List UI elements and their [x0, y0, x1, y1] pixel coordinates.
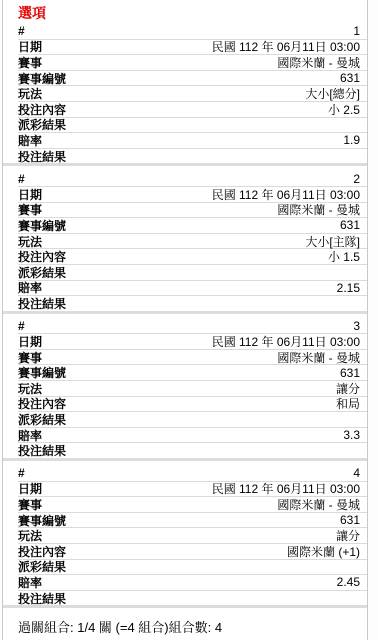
- row-label-play-type: 玩法: [18, 380, 42, 397]
- selection-event-id: 631: [340, 218, 360, 232]
- selection-event: 國際米蘭 - 曼城: [277, 496, 360, 513]
- row-label-event: 賽事: [18, 54, 42, 71]
- table-row: 投注結果: [18, 296, 367, 311]
- selection-number: 1: [353, 24, 360, 38]
- selection-event-id: 631: [340, 366, 360, 380]
- table-row: 賽事編號631: [18, 365, 367, 381]
- row-label-play-type: 玩法: [18, 233, 42, 250]
- table-row: 玩法大小[總分]: [18, 86, 367, 102]
- selection-event: 國際米蘭 - 曼城: [277, 201, 360, 218]
- row-label-play-type: 玩法: [18, 527, 42, 544]
- table-row: #3: [18, 319, 367, 335]
- selection-play-type: 大小[主隊]: [305, 233, 360, 250]
- row-label-event: 賽事: [18, 496, 42, 513]
- table-row: 賠率3.3: [18, 428, 367, 444]
- parlay-summary: 過關組合: 1/4 關 (=4 組合)組合數: 4: [3, 613, 367, 636]
- selection-play-type: 讓分: [336, 527, 360, 544]
- row-label-event-id: 賽事編號: [18, 217, 66, 234]
- table-row: 投注內容和局: [18, 397, 367, 413]
- selection-play-type: 讓分: [336, 380, 360, 397]
- selection-odds: 2.45: [337, 575, 360, 589]
- table-row: #4: [18, 466, 367, 482]
- row-label-event: 賽事: [18, 201, 42, 218]
- row-label-play-type: 玩法: [18, 85, 42, 102]
- selection-bet-content: 和局: [336, 395, 360, 412]
- table-row: 投注內容國際米蘭 (+1): [18, 544, 367, 560]
- table-row: 賽事國際米蘭 - 曼城: [18, 350, 367, 366]
- row-label-number: #: [18, 172, 25, 186]
- selection-bet-content: 國際米蘭 (+1): [287, 543, 360, 560]
- row-label-event: 賽事: [18, 349, 42, 366]
- table-row: 日期民國 112 年 06月11日 03:00: [18, 334, 367, 350]
- selection-odds: 2.15: [337, 281, 360, 295]
- table-row: 賽事編號631: [18, 71, 367, 87]
- row-label-date: 日期: [18, 333, 42, 350]
- selection-play-type: 大小[總分]: [305, 85, 360, 102]
- selection-bet-content: 小 2.5: [328, 101, 360, 118]
- table-row: 賽事國際米蘭 - 曼城: [18, 497, 367, 513]
- row-label-date: 日期: [18, 38, 42, 55]
- row-label-payout-result: 派彩結果: [18, 116, 66, 133]
- row-label-number: #: [18, 24, 25, 38]
- table-row: 投注結果: [18, 591, 367, 606]
- selection-event: 國際米蘭 - 曼城: [277, 54, 360, 71]
- row-label-payout-result: 派彩結果: [18, 411, 66, 428]
- selection-section-1: #1 日期民國 112 年 06月11日 03:00 賽事國際米蘭 - 曼城 賽…: [3, 24, 367, 166]
- row-label-bet-result: 投注結果: [18, 148, 66, 165]
- table-row: 賽事編號631: [18, 218, 367, 234]
- table-row: 投注結果: [18, 149, 367, 164]
- selection-date: 民國 112 年 06月11日 03:00: [212, 333, 360, 350]
- table-row: #2: [18, 171, 367, 187]
- row-label-bet-content: 投注內容: [18, 101, 66, 118]
- table-row: 賠率1.9: [18, 133, 367, 149]
- row-label-odds: 賠率: [18, 279, 42, 296]
- row-label-bet-content: 投注內容: [18, 395, 66, 412]
- table-row: 玩法讓分: [18, 381, 367, 397]
- page-title: 選項: [3, 0, 367, 24]
- table-row: 日期民國 112 年 06月11日 03:00: [18, 482, 367, 498]
- row-label-date: 日期: [18, 186, 42, 203]
- selection-number: 2: [353, 172, 360, 186]
- row-label-odds: 賠率: [18, 427, 42, 444]
- selection-number: 4: [353, 466, 360, 480]
- selection-bet-content: 小 1.5: [328, 248, 360, 265]
- row-label-bet-result: 投注結果: [18, 590, 66, 607]
- table-row: 賠率2.15: [18, 281, 367, 297]
- row-label-payout-result: 派彩結果: [18, 558, 66, 575]
- selection-section-3: #3 日期民國 112 年 06月11日 03:00 賽事國際米蘭 - 曼城 賽…: [3, 319, 367, 461]
- row-label-bet-result: 投注結果: [18, 442, 66, 459]
- row-label-number: #: [18, 466, 25, 480]
- table-row: 派彩結果: [18, 560, 367, 576]
- table-row: 日期民國 112 年 06月11日 03:00: [18, 187, 367, 203]
- table-row: 玩法讓分: [18, 528, 367, 544]
- selection-section-4: #4 日期民國 112 年 06月11日 03:00 賽事國際米蘭 - 曼城 賽…: [3, 466, 367, 608]
- selection-event-id: 631: [340, 71, 360, 85]
- row-label-bet-content: 投注內容: [18, 248, 66, 265]
- table-row: 賽事編號631: [18, 513, 367, 529]
- table-row: 派彩結果: [18, 265, 367, 281]
- row-label-odds: 賠率: [18, 574, 42, 591]
- table-row: #1: [18, 24, 367, 40]
- table-row: 派彩結果: [18, 412, 367, 428]
- table-row: 玩法大小[主隊]: [18, 234, 367, 250]
- row-label-odds: 賠率: [18, 132, 42, 149]
- selection-section-2: #2 日期民國 112 年 06月11日 03:00 賽事國際米蘭 - 曼城 賽…: [3, 171, 367, 313]
- table-row: 賽事國際米蘭 - 曼城: [18, 203, 367, 219]
- table-row: 投注結果: [18, 443, 367, 458]
- selection-date: 民國 112 年 06月11日 03:00: [212, 186, 360, 203]
- row-label-event-id: 賽事編號: [18, 70, 66, 87]
- row-label-payout-result: 派彩結果: [18, 264, 66, 281]
- table-row: 日期民國 112 年 06月11日 03:00: [18, 40, 367, 56]
- row-label-date: 日期: [18, 480, 42, 497]
- table-row: 投注內容小 2.5: [18, 102, 367, 118]
- selection-date: 民國 112 年 06月11日 03:00: [212, 480, 360, 497]
- row-label-event-id: 賽事編號: [18, 512, 66, 529]
- selection-number: 3: [353, 319, 360, 333]
- selection-event-id: 631: [340, 513, 360, 527]
- table-row: 投注內容小 1.5: [18, 249, 367, 265]
- selection-date: 民國 112 年 06月11日 03:00: [212, 38, 360, 55]
- table-row: 派彩結果: [18, 118, 367, 134]
- row-label-bet-result: 投注結果: [18, 295, 66, 312]
- table-row: 賠率2.45: [18, 575, 367, 591]
- table-row: 賽事國際米蘭 - 曼城: [18, 55, 367, 71]
- row-label-number: #: [18, 319, 25, 333]
- selection-odds: 1.9: [343, 133, 360, 147]
- row-label-event-id: 賽事編號: [18, 364, 66, 381]
- selection-odds: 3.3: [343, 428, 360, 442]
- row-label-bet-content: 投注內容: [18, 543, 66, 560]
- bet-slip-container: 選項 #1 日期民國 112 年 06月11日 03:00 賽事國際米蘭 - 曼…: [2, 0, 368, 640]
- bet-slip-screen: 選項 #1 日期民國 112 年 06月11日 03:00 賽事國際米蘭 - 曼…: [0, 0, 378, 640]
- selection-event: 國際米蘭 - 曼城: [277, 349, 360, 366]
